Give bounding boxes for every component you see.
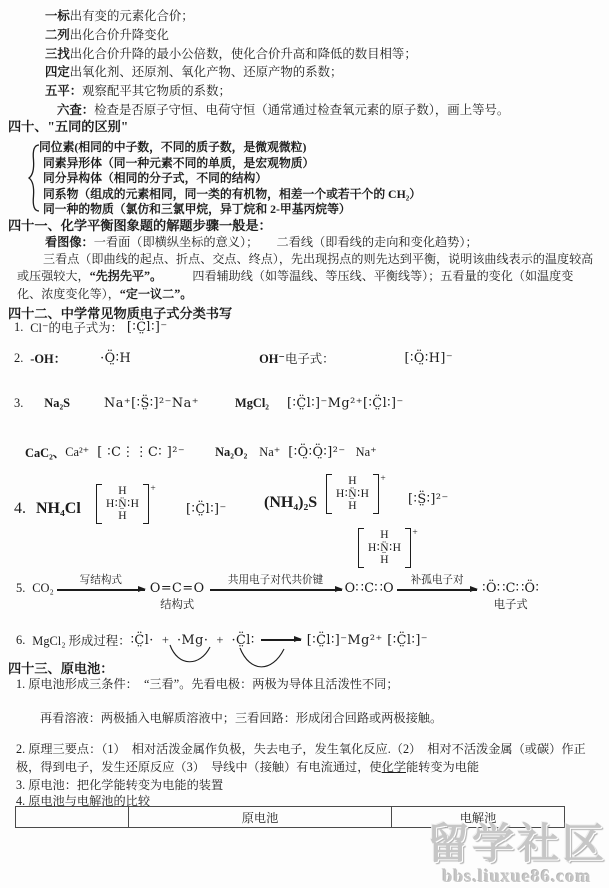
document-page: 一标出有变的元素化合价； 二列出化合价升降变化 三找出化合价升降的最小公倍数，使… [0,0,609,888]
table-header-empty [15,806,129,828]
compound-name: -OH： [30,349,66,367]
electron-formula-item-2: 2. -OH： ·Ö̤∶H OH⁻电子式： [∶Ö̤∶H]⁻ [14,349,453,367]
compound-name: MgCl₂ [235,396,269,411]
watermark-brand: 留学社区 [427,824,607,866]
electron-formula: [∶Ö̤∶H]⁻ [405,351,454,366]
step-lead: 六查： [57,103,94,117]
electron-formula-item-5: 5. CO₂ 写结构式 O=C=O 结构式 共用电子对代共价键 O∷C∷O 补孤… [16,577,541,599]
electron-formula-item-1: 1. Cl⁻的电子式为： [∶C̤̈l∶]⁻ [14,318,168,336]
cation-label: Na⁺ [259,444,280,460]
step-text: 出有变的元素化合价； [70,9,194,23]
electron-formula: [∶C̤̈l∶]⁻Mg²⁺[∶C̤̈l∶]⁻ [287,396,404,411]
step-lead: 五平： [45,84,82,98]
arrow-label: 写结构式 [77,575,125,587]
ammonium-ion-structure: H H∶N̤̈∶H H + [326,474,386,514]
labeled-reaction-arrow: 写结构式 [57,575,145,590]
labeled-reaction-arrow: 补孤电子对 [397,575,477,590]
bracket-right [143,484,149,524]
step-lead: 三找 [45,47,70,61]
ammonium-rows: H H∶N̤̈∶H H [332,474,373,514]
ammonium-ion-structure: H H∶N̤̈∶H H + [96,484,156,524]
step-lead: 四定 [45,65,70,79]
ammonium-rows: H H∶N̤̈∶H H [102,484,143,524]
sulfide-anion-formula: [∶S̤̈∶]²⁻ [408,492,449,507]
n-center-row: H∶N̤̈∶H [336,488,369,501]
electron-transfer-curves [144,643,324,675]
item-label: 电子式： [285,352,335,366]
h-atom-top: H [118,485,127,498]
list-item: 同分异构体（相同的分子式，不同的结构） [43,171,421,187]
arrow-label: 补孤电子对 [408,575,467,587]
electron-formula: [∶Ö̤∶Ö̤∶]²⁻ [288,445,345,460]
item-number: 2. [14,351,23,366]
arrow-shaft [210,589,342,590]
h-atom-bottom: H [348,500,357,513]
table-header-galvanic: 原电池 [129,806,392,828]
n-center-row: H∶N̤̈∶H [106,498,139,511]
section-41-title: 四十一、化学平衡图象题的解题步骤一般是： [8,215,272,234]
step-text: 出化合价升降的最小公倍数，使化合价升高和降低的数目相等； [70,47,417,61]
balancing-steps-list: 一标出有变的元素化合价； 二列出化合价升降变化 三找出化合价升降的最小公倍数，使… [45,7,509,120]
step-line-1: 一标出有变的元素化合价； [45,7,509,26]
compound-name: Na₂S [44,396,70,411]
bold-phrase: “定一议二”。 [120,287,193,301]
electron-formula: ∶Ö∷C∷Ö∶ [482,581,539,596]
step-text: 观察配平其它物质的系数； [82,84,231,98]
step-line-3: 三找出化合价升降的最小公倍数，使化合价升高和降低的数目相等； [45,45,509,64]
ion-charge: + [150,484,155,494]
ammonium-ion-structure: H H∶N̤̈∶H H + [358,528,418,568]
five-same-list: 同位素(相同的中子数，不同的质子数，是微观微粒) 同素异形体（同一种元素不同的单… [43,140,421,218]
battery-principle-paragraph: 2. 原理三要点：（1） 相对活泼金属作负极，失去电子，发生氧化反应.（2） 相… [16,740,594,776]
cation-label: Na⁺ [356,444,377,460]
step-line-2: 二列出化合价升降变化 [45,26,509,45]
electron-formula: ·Ö̤∶H [100,351,131,366]
bracket-right [373,474,379,514]
bold-phrase: “先拐先平”。 [90,269,157,283]
structural-formula: O=C=O [150,581,205,596]
electron-formula-item-4: 4. NH₄Cl H H∶N̤̈∶H H + [∶C̤̈l∶]⁻ (NH₄)₂S… [14,476,600,576]
electron-formula: Na⁺[∶S̤̈∶]²⁻Na⁺ [104,396,199,411]
compound-name: (NH₄)₂S [264,494,317,512]
step-lead: 二列 [45,28,70,42]
list-item: 同系物（组成的元素相同，同一类的有机物，相差一个或若干个的 CH₂） [43,187,421,203]
electron-formula-item-3: 3. Na₂S Na⁺[∶S̤̈∶]²⁻Na⁺ MgCl₂ [∶C̤̈l∶]⁻M… [14,396,404,411]
battery-condition-line-2: 再看溶液：两极插入电解质溶液中；三看回路：形成闭合回路或两极接触。 [40,709,442,726]
electron-formula-block: ∶Ö∷C∷Ö∶ 电子式 [482,581,539,596]
watermark: 留学社区 bbs.liuxue86.com [427,824,607,885]
electron-formula-item-3b: CaC₂、 Ca²⁺ [ ∶C⋮⋮C∶ ]²⁻ Na₂O₂ Na⁺ [∶Ö̤∶… [25,443,377,461]
structural-formula-block: O=C=O 结构式 [150,581,205,596]
compound-name: OH⁻电子式： [259,349,334,367]
h-atom-top: H [348,475,357,488]
compound-name: Na₂O₂ [215,445,247,460]
formula-sublabel: 电子式 [494,596,528,612]
electron-formula: [∶C̤̈l∶]⁻ [127,320,168,335]
look-text: 一看面（即横纵坐标的意义）； 二看线（即看线的走向和变化趋势）； [94,235,478,249]
cation-label: Ca²⁺ [65,444,89,460]
compound-name: NH₄Cl [36,500,81,518]
para-text: 能转变为电能 [406,760,479,774]
h-atom-top: H [380,529,389,542]
look-lead: 看图像： [45,235,94,249]
compound-name-bold: OH⁻ [259,352,285,366]
item-number: 5. [16,581,25,596]
compound-name: CaC₂、 [25,443,65,461]
step-text: 出氧化剂、还原剂、氧化产物、还原产物的系数； [70,65,343,79]
electron-formula-item-6: 6. MgCl₂ 形成过程： ∶C̤̈l· + ·Mg· + ·C̤̈l∶ [∶… [16,631,428,649]
compound-name: CO₂ [32,581,54,596]
step-text: 检查是否原子守恒、电荷守恒（通常通过检查氧元素的原子数），画上等号。 [94,103,509,117]
ion-charge: + [412,528,417,538]
battery-definition-line: 3. 原电池：把化学能转变为电能的装置 [16,776,223,793]
reaction-arrow [261,639,301,640]
ion-charge: + [380,474,385,484]
product-formula: [∶C̤̈l∶]⁻Mg²⁺ [∶C̤̈l∶]⁻ [307,633,428,648]
step-text: 出化合价升降变化 [70,28,169,42]
look-image-line: 看图像：一看面（即横纵坐标的意义）； 二看线（即看线的走向和变化趋势）； [45,233,478,250]
electron-formula: [ ∶C⋮⋮C∶ ]²⁻ [97,445,185,460]
h-atom-bottom: H [118,510,127,523]
item-number: 4. [14,500,26,518]
h-atom-bottom: H [380,554,389,567]
step-line-4: 四定出氧化剂、还原剂、氧化产物、还原产物的系数； [45,63,509,82]
battery-condition-line: 1. 原电池形成三条件： “三看”。先看电极：两极为导体且活泼性不同； [16,675,399,692]
item-label: Cl⁻的电子式为： [30,318,123,336]
watermark-site: bbs.liuxue86.com [427,867,607,885]
equilibrium-paragraph: 三看点（即曲线的起点、折点、交点、终点），先出现拐点的则先达到平衡，说明该曲线表… [17,251,594,303]
step-line-5: 五平：观察配平其它物质的系数； [45,82,509,101]
item-number: 1. [14,320,23,335]
list-item: 同素异形体（同一种元素不同的单质，是宏观物质） [43,156,421,172]
para-text: 2. 原理三要点：（1） 相对活泼金属作负极，失去电子，发生氧化反应.（2） 相… [16,742,586,774]
item-number: 3. [14,396,23,411]
formula-sublabel: 结构式 [160,596,194,612]
chloride-anion-formula: [∶C̤̈l∶]⁻ [186,502,227,517]
shared-pair-formula: O∷C∷O [345,581,395,596]
step-lead: 一标 [45,9,70,23]
ammonium-rows: H H∶N̤̈∶H H [364,528,405,568]
section-40-title: 四十、"五同的区别" [8,116,128,135]
labeled-reaction-arrow: 共用电子对代共价键 [210,575,342,590]
arrow-label: 共用电子对代共价键 [225,575,326,587]
item-number: 6. [16,633,25,648]
item-label: MgCl₂ 形成过程： [32,631,130,649]
bracket-right [405,528,411,568]
underlined-word: 化学 [382,760,406,774]
n-center-row: H∶N̤̈∶H [368,542,401,555]
arrow-shaft [397,589,477,590]
arrow-shaft [57,589,145,590]
list-item: 同位素(相同的中子数，不同的质子数，是微观微粒) [39,140,421,156]
